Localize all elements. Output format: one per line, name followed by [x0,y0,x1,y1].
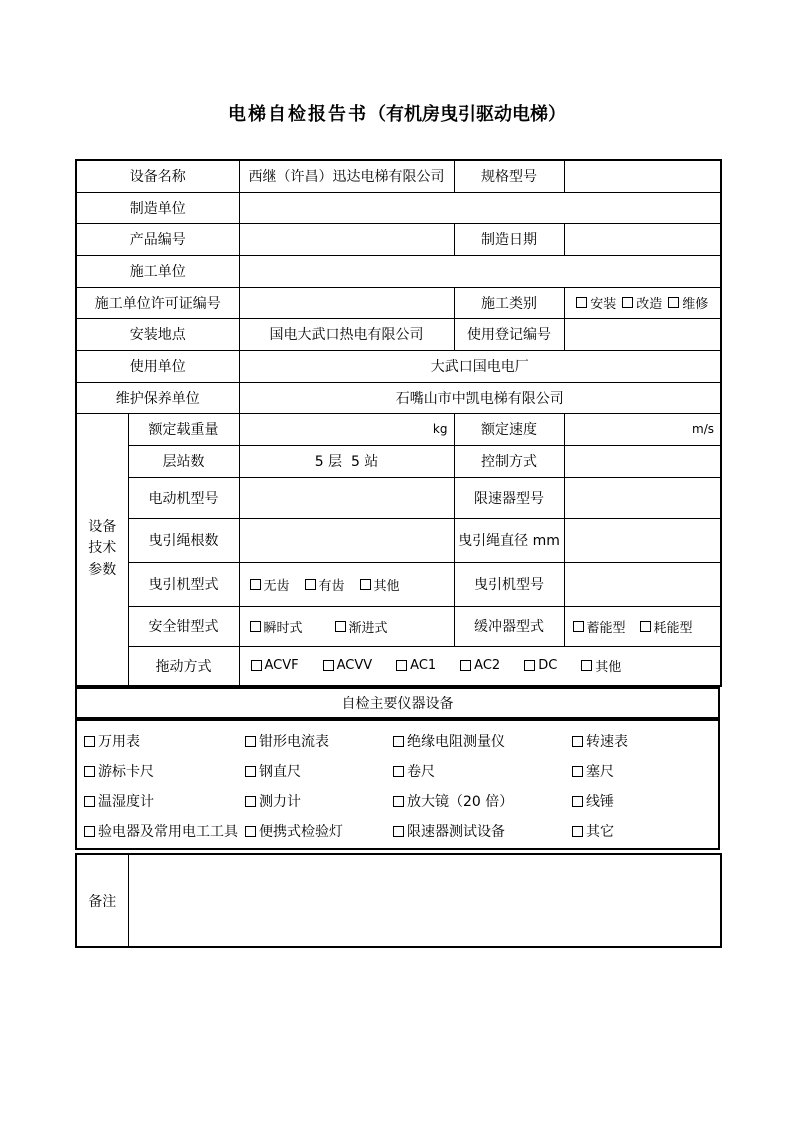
use-registration-no-field[interactable] [564,318,721,350]
installation-site-value: 国电大武口热电有限公司 [239,318,454,350]
checkbox-icon [576,297,587,308]
rated-load-field[interactable]: kg [239,413,454,445]
checkbox-icon [245,796,256,807]
checkbox-icon [524,660,535,671]
label-safety-gear-type: 安全钳型式 [128,606,239,646]
checkbox-acvv[interactable]: ACVV [323,658,373,673]
label-rated-speed: 额定速度 [454,413,564,445]
safety-gear-type-options: 瞬时式 渐进式 [239,606,454,646]
checkbox-icon [360,579,371,590]
instruments-table: 万用表 钳形电流表 绝缘电阻测量仪 转速表 游标卡尺 钢直尺 卷尺 塞尺 温湿度… [75,719,720,850]
checkbox-icon [572,826,583,837]
checkbox-icon [84,766,95,777]
manufacture-date-field[interactable] [564,223,721,255]
buffer-type-options: 蓄能型 耗能型 [564,606,721,646]
rated-speed-field[interactable]: m/s [564,413,721,445]
checkbox-icon [84,736,95,747]
checkbox-ac2[interactable]: AC2 [460,658,500,673]
instruments-section-title: 自检主要仪器设备 [76,688,719,718]
label-rope-count: 曳引绳根数 [128,518,239,562]
checkbox-portable-lamp[interactable]: 便携式检验灯 [245,821,343,841]
label-use-registration-no: 使用登记编号 [454,318,564,350]
maintenance-unit-value: 石嘴山市中凯电梯有限公司 [239,382,721,413]
checkbox-steel-ruler[interactable]: 钢直尺 [245,761,301,781]
checkbox-repair[interactable]: 维修 [668,293,708,312]
checkbox-geared[interactable]: 有齿 [305,575,345,594]
floors-stops-value: 5 层 5 站 [239,445,454,477]
traction-machine-model-field[interactable] [564,562,721,606]
unit-kg: kg [433,422,448,436]
checkbox-icon [460,660,471,671]
label-manufacturer: 制造单位 [76,192,239,223]
label-manufacture-date: 制造日期 [454,223,564,255]
label-maintenance-unit: 维护保养单位 [76,382,239,413]
checkbox-icon [393,826,404,837]
label-buffer-type: 缓冲器型式 [454,606,564,646]
checkbox-magnifier[interactable]: 放大镜（20 倍） [393,791,513,811]
unit-ms: m/s [692,422,714,436]
construction-type-options: 安装 改造 维修 [564,287,721,318]
checkbox-icon [251,660,262,671]
label-product-no: 产品编号 [76,223,239,255]
page-title-paren: （有机房曳引驱动电梯） [368,104,566,125]
checkbox-instantaneous[interactable]: 瞬时式 [250,617,303,636]
checkbox-tape-measure[interactable]: 卷尺 [393,761,435,781]
checkbox-icon [323,660,334,671]
checkbox-progressive[interactable]: 渐进式 [335,617,388,636]
label-traction-machine-model: 曳引机型号 [454,562,564,606]
checkbox-icon [250,621,261,632]
checkbox-icon [393,766,404,777]
label-installation-site: 安装地点 [76,318,239,350]
label-governor-model: 限速器型号 [454,477,564,518]
manufacturer-field[interactable] [239,192,721,223]
checkbox-icon [572,736,583,747]
checkbox-install[interactable]: 安装 [576,293,616,312]
checkbox-icon [84,796,95,807]
label-rope-diameter: 曳引绳直径 mm [454,518,564,562]
remarks-table: 备注 [75,853,722,948]
label-construction-unit: 施工单位 [76,255,239,287]
checkbox-icon [396,660,407,671]
instruments-header-table: 自检主要仪器设备 [75,687,720,719]
checkbox-icon [572,766,583,777]
checkbox-clamp-ammeter[interactable]: 钳形电流表 [245,731,329,751]
checkbox-icon [245,736,256,747]
control-mode-field[interactable] [564,445,721,477]
label-construction-permit-no: 施工单位许可证编号 [76,287,239,318]
checkbox-energy-storage[interactable]: 蓄能型 [573,617,626,636]
checkbox-icon [245,766,256,777]
checkbox-vernier-caliper[interactable]: 游标卡尺 [84,761,154,781]
construction-unit-field[interactable] [239,255,721,287]
label-user-unit: 使用单位 [76,350,239,382]
report-page: 电梯自检报告书（有机房曳引驱动电梯） 设备名称 西继（许昌）迅达电梯有限公司 规… [0,0,794,1123]
checkbox-icon [250,579,261,590]
checkbox-electroscope-tools[interactable]: 验电器及常用电工工具 [84,821,238,841]
checkbox-icon [640,621,651,632]
page-title-main: 电梯自检报告书 [228,104,368,125]
checkbox-multimeter[interactable]: 万用表 [84,731,140,751]
instruments-cell: 万用表 钳形电流表 绝缘电阻测量仪 转速表 游标卡尺 钢直尺 卷尺 塞尺 温湿度… [76,720,719,849]
checkbox-icon [335,621,346,632]
instruments-grid: 万用表 钳形电流表 绝缘电阻测量仪 转速表 游标卡尺 钢直尺 卷尺 塞尺 温湿度… [79,721,716,846]
checkbox-insulation-tester[interactable]: 绝缘电阻测量仪 [393,731,505,751]
checkbox-icon [305,579,316,590]
label-equipment-name: 设备名称 [76,160,239,192]
checkbox-acvf[interactable]: ACVF [251,658,299,673]
checkbox-other-instrument[interactable]: 其它 [572,821,614,841]
rope-count-field[interactable] [239,518,454,562]
checkbox-icon [84,826,95,837]
page-title: 电梯自检报告书（有机房曳引驱动电梯） [0,100,794,126]
construction-permit-no-field[interactable] [239,287,454,318]
checkbox-other-traction[interactable]: 其他 [360,575,400,594]
main-table: 设备名称 西继（许昌）迅达电梯有限公司 规格型号 制造单位 产品编号 制造日期 … [75,159,722,687]
label-spec-model: 规格型号 [454,160,564,192]
governor-model-field[interactable] [564,477,721,518]
checkbox-icon [393,796,404,807]
label-floors-stops: 层站数 [128,445,239,477]
checkbox-dc[interactable]: DC [524,658,557,673]
checkbox-icon [393,736,404,747]
rope-diameter-field[interactable] [564,518,721,562]
checkbox-icon [245,826,256,837]
label-control-mode: 控制方式 [454,445,564,477]
checkbox-ac1[interactable]: AC1 [396,658,436,673]
remarks-field[interactable] [128,854,721,947]
checkbox-renovate[interactable]: 改造 [622,293,662,312]
checkbox-governor-tester[interactable]: 限速器测试设备 [393,821,505,841]
user-unit-value: 大武口国电电厂 [239,350,721,382]
checkbox-icon [573,621,584,632]
spec-model-field[interactable] [564,160,721,192]
tech-params-group-label: 设备技术参数 [76,413,128,686]
checkbox-thermo-hygrometer[interactable]: 温湿度计 [84,791,154,811]
equipment-name-value: 西继（许昌）迅达电梯有限公司 [239,160,454,192]
label-traction-machine-type: 曳引机型式 [128,562,239,606]
label-motor-model: 电动机型号 [128,477,239,518]
checkbox-icon [572,796,583,807]
label-remarks: 备注 [76,854,128,947]
checkbox-force-gauge[interactable]: 测力计 [245,791,301,811]
checkbox-gearless[interactable]: 无齿 [250,575,290,594]
checkbox-tachometer[interactable]: 转速表 [572,731,628,751]
checkbox-icon [581,660,592,671]
label-drive-mode: 拖动方式 [128,646,239,686]
label-rated-load: 额定载重量 [128,413,239,445]
label-construction-type: 施工类别 [454,287,564,318]
checkbox-icon [622,297,633,308]
traction-machine-type-options: 无齿 有齿 其他 [239,562,454,606]
drive-mode-options: ACVF ACVV AC1 AC2 DC 其他 [239,646,721,686]
checkbox-plumb-line[interactable]: 线锤 [572,791,614,811]
checkbox-icon [668,297,679,308]
product-no-field[interactable] [239,223,454,255]
checkbox-other-drive[interactable]: 其他 [581,656,621,675]
checkbox-feeler-gauge[interactable]: 塞尺 [572,761,614,781]
checkbox-energy-dissipation[interactable]: 耗能型 [640,617,693,636]
motor-model-field[interactable] [239,477,454,518]
